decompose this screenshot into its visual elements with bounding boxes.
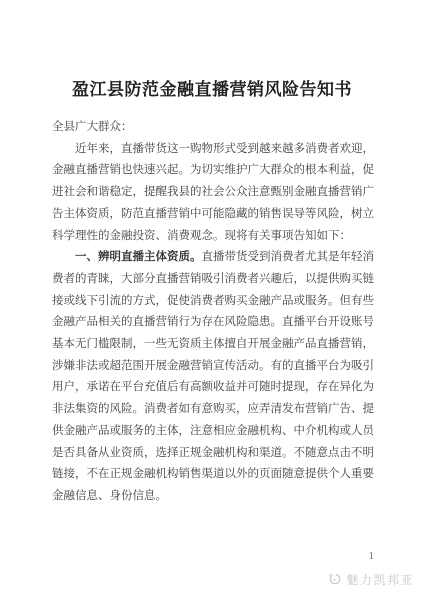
- watermark-label: 魅力凯邦亚: [346, 571, 414, 588]
- paragraph-section-1: 一、辨明直播主体资质。直播带货受到消费者尤其是年轻消费者的青睐，大部分直播营销吸…: [52, 247, 374, 507]
- watermark: 魅力凯邦亚: [328, 571, 414, 588]
- paragraph-intro-text: 近年来，直播带货这一购物形式受到越来越多消费者欢迎，金融直播营销也快速兴起。为切…: [52, 143, 374, 242]
- document-title: 盈江县防范金融直播营销风险告知书: [0, 78, 424, 102]
- document-page: 盈江县防范金融直播营销风险告知书 全县广大群众： 近年来，直播带货这一购物形式受…: [0, 0, 424, 600]
- paragraph-intro: 近年来，直播带货这一购物形式受到越来越多消费者欢迎，金融直播营销也快速兴起。为切…: [52, 139, 374, 248]
- document-body: 全县广大群众： 近年来，直播带货这一购物形式受到越来越多消费者欢迎，金融直播营销…: [52, 117, 374, 508]
- section-1-heading: 一、辨明直播主体资质。: [75, 251, 202, 263]
- page-number: 1: [369, 549, 375, 563]
- salutation: 全县广大群众：: [52, 117, 374, 139]
- watermark-logo-icon: [328, 572, 343, 587]
- section-1-text: 直播带货受到消费者尤其是年轻消费者的青睐，大部分直播营销吸引消费者兴趣后，以提供…: [52, 251, 374, 502]
